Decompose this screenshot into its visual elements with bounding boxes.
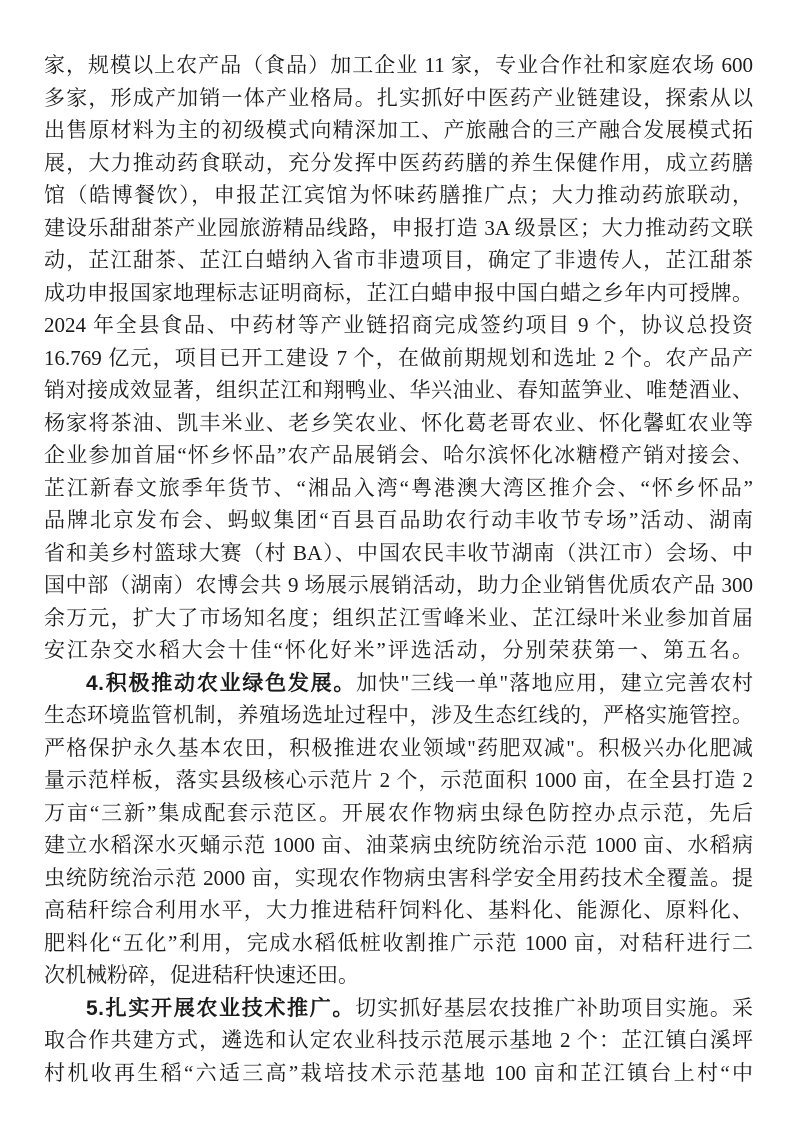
section-heading: 5.扎实开展农业技术推广。	[86, 997, 355, 1020]
text-line: 成功申报国家地理标志证明商标，芷江白蜡申报中国白蜡之乡年内可授牌。	[44, 277, 753, 310]
text-line: 品牌北京发布会、蚂蚁集团“百县百品助农行动丰收节专场”活动、湖南	[44, 504, 753, 537]
text-line: 安江杂交水稻大会十佳“怀化好米”评选活动，分别荣获第一、第五名。	[44, 634, 753, 667]
text-line: 建设乐甜甜茶产业园旅游精品线路，申报打造 3A 级景区；大力推动药文联	[44, 212, 753, 245]
text-line: 生态环境监管机制，养殖场选址过程中，涉及生态红线的，严格实施管控。	[44, 699, 753, 732]
text-line: 余万元，扩大了市场知名度；组织芷江雪峰米业、芷江绿叶米业参加首届	[44, 602, 753, 635]
text-line: 杨家将茶油、凯丰米业、老乡笑农业、怀化葛老哥农业、怀化馨虹农业等	[44, 407, 753, 440]
text-line: 出售原材料为主的初级模式向精深加工、产旅融合的三产融合发展模式拓	[44, 114, 753, 147]
document-body: 家，规模以上农产品（食品）加工企业 11 家，专业合作社和家庭农场 600多家，…	[44, 49, 753, 1089]
text-line: 万亩“三新”集成配套示范区。开展农作物病虫绿色防控办点示范，先后	[44, 797, 753, 830]
text-line: 量示范样板，落实县级核心示范片 2 个，示范面积 1000 亩，在全县打造 2	[44, 764, 753, 797]
text-line: 次机械粉碎，促进秸秆快速还田。	[44, 959, 753, 992]
text-line: 馆（皓博餐饮），申报芷江宾馆为怀味药膳推广点；大力推动药旅联动，	[44, 179, 753, 212]
text-line: 多家，形成产加销一体产业格局。扎实抓好中医药产业链建设，探索从以	[44, 82, 753, 115]
text-line: 2024 年全县食品、中药材等产业链招商完成签约项目 9 个，协议总投资	[44, 309, 753, 342]
text-line: 5.扎实开展农业技术推广。切实抓好基层农技推广补助项目实施。采	[44, 992, 753, 1025]
text-line: 芷江新春文旅季年货节、“湘品入湾“粤港澳大湾区推介会、“怀乡怀品”	[44, 472, 753, 505]
section-heading: 4.积极推动农业绿色发展。	[86, 672, 356, 695]
text-line: 建立水稻深水灭蛹示范 1000 亩、油菜病虫统防统治示范 1000 亩、水稻病	[44, 829, 753, 862]
text-line: 高秸秆综合利用水平，大力推进秸秆饲料化、基料化、能源化、原料化、	[44, 894, 753, 927]
text-line: 省和美乡村篮球大赛（村 BA）、中国农民丰收节湖南（洪江市）会场、中	[44, 537, 753, 570]
document-page: 家，规模以上农产品（食品）加工企业 11 家，专业合作社和家庭农场 600多家，…	[0, 0, 793, 1122]
text-line: 销对接成效显著，组织芷江和翔鸭业、华兴油业、春知蓝笋业、唯楚酒业、	[44, 374, 753, 407]
text-line: 动，芷江甜茶、芷江白蜡纳入省市非遗项目，确定了非遗传人，芷江甜茶	[44, 244, 753, 277]
text-line: 企业参加首届“怀乡怀品”农产品展销会、哈尔滨怀化冰糖橙产销对接会、	[44, 439, 753, 472]
text-line: 村机收再生稻“六适三高”栽培技术示范基地 100 亩和芷江镇台上村“中	[44, 1057, 753, 1090]
text-line: 国中部（湖南）农博会共 9 场展示展销活动，助力企业销售优质农产品 300	[44, 569, 753, 602]
text-line: 4.积极推动农业绿色发展。加快"三线一单"落地应用，建立完善农村	[44, 667, 753, 700]
text-line: 严格保护永久基本农田，积极推进农业领域"药肥双减"。积极兴办化肥减	[44, 732, 753, 765]
text-line: 虫统防统治示范 2000 亩，实现农作物病虫害科学安全用药技术全覆盖。提	[44, 862, 753, 895]
text-line: 展，大力推动药食联动，充分发挥中医药药膳的养生保健作用，成立药膳	[44, 147, 753, 180]
text-line: 16.769 亿元，项目已开工建设 7 个，在做前期规划和选址 2 个。农产品产	[44, 342, 753, 375]
text-line: 肥料化“五化”利用，完成水稻低桩收割推广示范 1000 亩，对秸秆进行二	[44, 927, 753, 960]
text-line: 取合作共建方式，遴选和认定农业科技示范展示基地 2 个：芷江镇白溪坪	[44, 1024, 753, 1057]
text-line: 家，规模以上农产品（食品）加工企业 11 家，专业合作社和家庭农场 600	[44, 49, 753, 82]
